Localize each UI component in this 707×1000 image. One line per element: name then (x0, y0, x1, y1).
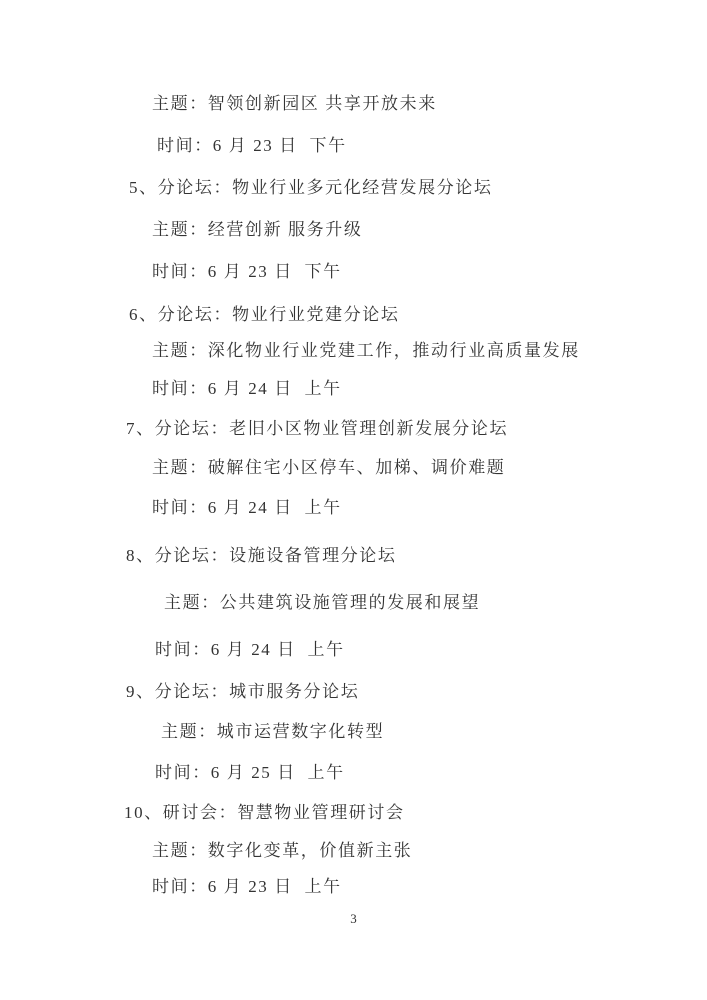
time-line: 时间：6 月 23 日 上午 (152, 876, 342, 898)
time-line: 时间：6 月 25 日 上午 (155, 762, 345, 784)
theme-line: 主题：数字化变革，价值新主张 (152, 840, 412, 862)
agenda-heading: 10、研讨会：智慧物业管理研讨会 (124, 802, 405, 824)
agenda-heading: 7、分论坛：老旧小区物业管理创新发展分论坛 (126, 418, 508, 440)
time-line: 时间：6 月 23 日 下午 (152, 261, 342, 283)
time-line: 时间：6 月 24 日 上午 (155, 639, 345, 661)
theme-line: 主题：城市运营数字化转型 (161, 721, 384, 743)
theme-line: 主题：经营创新 服务升级 (152, 219, 362, 241)
theme-line: 主题：破解住宅小区停车、加梯、调价难题 (152, 457, 505, 479)
time-line: 时间：6 月 24 日 上午 (152, 378, 342, 400)
time-line: 时间：6 月 23 日 下午 (157, 135, 347, 157)
theme-line: 主题：智领创新园区 共享开放未来 (152, 93, 437, 115)
agenda-heading: 9、分论坛：城市服务分论坛 (126, 681, 359, 703)
agenda-heading: 6、分论坛：物业行业党建分论坛 (129, 304, 400, 326)
agenda-heading: 8、分论坛：设施设备管理分论坛 (126, 545, 397, 567)
page-number: 3 (0, 911, 707, 927)
theme-line: 主题：公共建筑设施管理的发展和展望 (164, 592, 480, 614)
agenda-heading: 5、分论坛：物业行业多元化经营发展分论坛 (129, 177, 493, 199)
time-line: 时间：6 月 24 日 上午 (152, 497, 342, 519)
theme-line: 主题：深化物业行业党建工作，推动行业高质量发展 (152, 340, 580, 362)
document-page: 主题：智领创新园区 共享开放未来 时间：6 月 23 日 下午 5、分论坛：物业… (0, 0, 707, 1000)
